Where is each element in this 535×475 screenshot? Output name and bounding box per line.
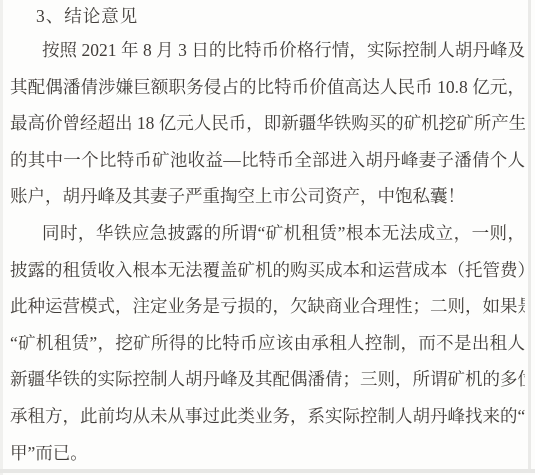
text-line: 的其中一个比特币矿池收益—比特币全部进入胡丹峰妻子潘倩个人 [10, 142, 525, 179]
section-heading: 3、结论意见 [10, 0, 525, 32]
page-edge-left [0, 0, 3, 475]
text-line: 其配偶潘倩涉嫌巨额职务侵占的比特币价值高达人民币 10.8 亿元， [10, 69, 525, 106]
text-line: “矿机租赁”，挖矿所得的比特币应该由承租人控制，而不是出租人 [10, 325, 525, 362]
page-edge-bottom [0, 469, 535, 473]
text-line: 按照 2021 年 8 月 3 日的比特币价格行情，实际控制人胡丹峰及 [10, 32, 525, 69]
page-edge-right [528, 0, 531, 471]
text-line: 承租方，此前均从未从事过此类业务，系实际控制人胡丹峰找来的“马 [10, 398, 525, 435]
document-text-block: 3、结论意见 按照 2021 年 8 月 3 日的比特币价格行情，实际控制人胡丹… [10, 0, 525, 471]
document-page: 3、结论意见 按照 2021 年 8 月 3 日的比特币价格行情，实际控制人胡丹… [0, 0, 535, 475]
text-line: 甲”而已。 [10, 435, 525, 472]
text-line: 披露的租赁收入根本无法覆盖矿机的购买成本和运营成本（托管费）， [10, 252, 525, 289]
text-line: 同时，华铁应急披露的所谓“矿机租赁”根本无法成立，一则， [10, 215, 525, 252]
text-line: 最高价曾经超出 18 亿元人民币，即新疆华铁购买的矿机挖矿所产生 [10, 105, 525, 142]
text-line: 账户，胡丹峰及其妻子严重掏空上市公司资产，中饱私囊！ [10, 178, 525, 215]
text-line: 新疆华铁的实际控制人胡丹峰及其配偶潘倩；三则，所谓矿机的多位 [10, 361, 525, 398]
text-line: 此种运营模式，注定业务是亏损的，欠缺商业合理性；二则，如果是 [10, 288, 525, 325]
